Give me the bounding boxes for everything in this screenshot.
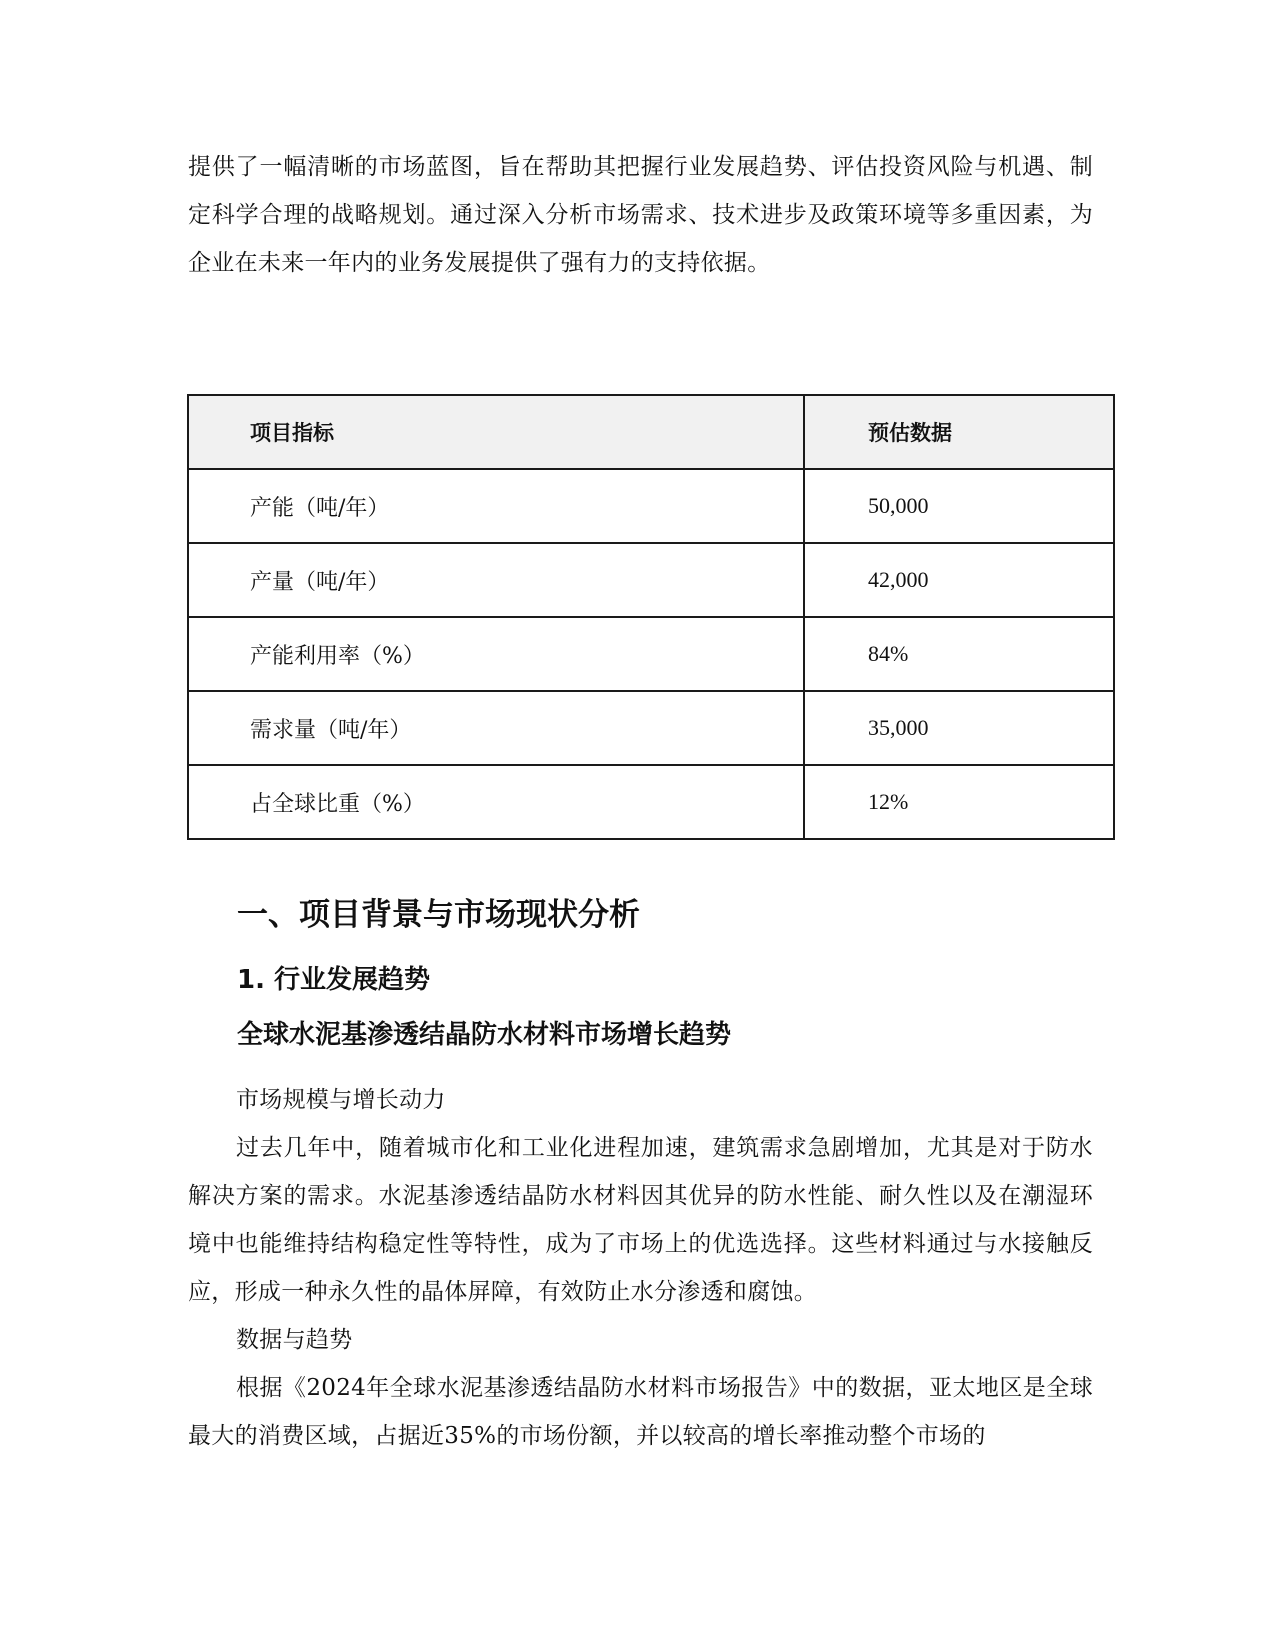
table-row: 产量（吨/年） 42,000: [188, 543, 1114, 617]
section-heading: 一、项目背景与市场现状分析: [237, 893, 640, 937]
metric-value: 12%: [804, 765, 1114, 839]
column-header-metric: 项目指标: [188, 395, 804, 469]
metric-label: 需求量（吨/年）: [188, 691, 804, 765]
table-row: 需求量（吨/年） 35,000: [188, 691, 1114, 765]
subheading-data-trends: 数据与趋势: [188, 1316, 1093, 1364]
metric-value: 42,000: [804, 543, 1114, 617]
metric-label: 产能（吨/年）: [188, 469, 804, 543]
metric-label: 占全球比重（%）: [188, 765, 804, 839]
subheading-market-size: 市场规模与增长动力: [188, 1076, 1093, 1124]
subsection-heading: 1. 行业发展趋势: [237, 960, 430, 1000]
table-row: 占全球比重（%） 12%: [188, 765, 1114, 839]
paragraph-data-trends: 根据《2024年全球水泥基渗透结晶防水材料市场报告》中的数据，亚太地区是全球最大…: [188, 1364, 1093, 1460]
table-row: 产能（吨/年） 50,000: [188, 469, 1114, 543]
metrics-table: 项目指标 预估数据 产能（吨/年） 50,000 产量（吨/年） 42,000 …: [187, 394, 1115, 840]
table-row: 产能利用率（%） 84%: [188, 617, 1114, 691]
metric-label: 产量（吨/年）: [188, 543, 804, 617]
table-header-row: 项目指标 预估数据: [188, 395, 1114, 469]
column-header-estimate: 预估数据: [804, 395, 1114, 469]
metric-value: 50,000: [804, 469, 1114, 543]
metric-value: 35,000: [804, 691, 1114, 765]
paragraph-market-drivers: 过去几年中，随着城市化和工业化进程加速，建筑需求急剧增加，尤其是对于防水解决方案…: [188, 1124, 1093, 1316]
section-body: 市场规模与增长动力 过去几年中，随着城市化和工业化进程加速，建筑需求急剧增加，尤…: [188, 1076, 1093, 1460]
topic-heading: 全球水泥基渗透结晶防水材料市场增长趋势: [237, 1015, 731, 1055]
intro-paragraph: 提供了一幅清晰的市场蓝图，旨在帮助其把握行业发展趋势、评估投资风险与机遇、制定科…: [188, 143, 1093, 287]
metric-value: 84%: [804, 617, 1114, 691]
metric-label: 产能利用率（%）: [188, 617, 804, 691]
